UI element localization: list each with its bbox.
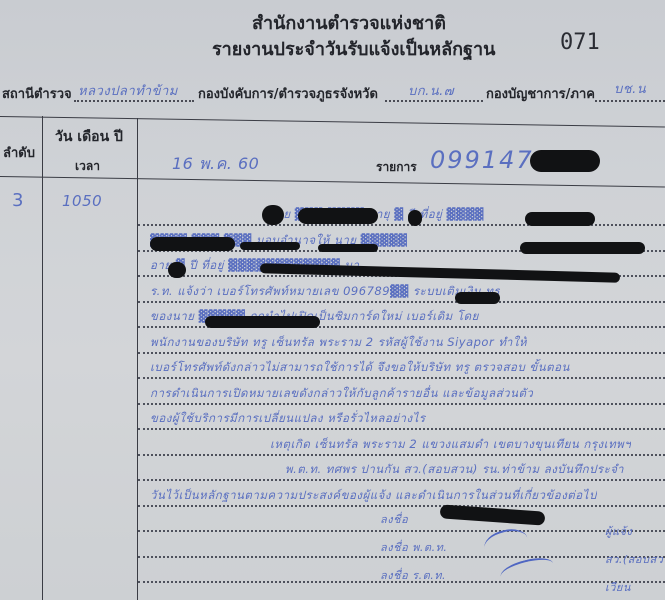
- redaction-mark: [168, 262, 186, 278]
- entry-order[interactable]: 3: [12, 190, 24, 211]
- table-header-border: [0, 176, 665, 187]
- redaction-mark: [205, 316, 320, 328]
- ruled-line: [138, 479, 665, 481]
- entry-date[interactable]: 16 พ.ค. 60: [172, 152, 259, 177]
- document-number: 071: [560, 30, 600, 55]
- item-column-header: รายการ: [376, 158, 417, 177]
- report-title: รายงานประจำวันรับแจ้งเป็นหลักฐาน: [212, 34, 495, 63]
- item-number[interactable]: 099147: [430, 146, 534, 174]
- redaction-mark: [455, 292, 500, 304]
- redaction-mark: [240, 242, 300, 250]
- column-divider-date: [137, 118, 138, 600]
- ruled-line: [138, 403, 665, 405]
- signature-role: เวียน: [605, 578, 631, 596]
- command-label: กองบัญชาการ/ภาค: [486, 83, 595, 104]
- entry-line[interactable]: การดำเนินการเปิดหมายเลขดังกล่าวให้กับลูก…: [150, 385, 533, 403]
- order-column-header: ลำดับ: [3, 142, 35, 163]
- command-dotted-line: [595, 100, 665, 102]
- redaction-mark: [150, 237, 235, 251]
- ruled-line: [138, 377, 665, 379]
- signature-label: ลงชื่อ ร.ต.ท.: [380, 566, 446, 584]
- redaction-mark: [298, 208, 378, 224]
- station-value[interactable]: หลวงปลาทำข้าม: [78, 80, 178, 101]
- signature-role: สว.(สอบสวน): [605, 550, 665, 568]
- redaction-mark: [408, 210, 422, 226]
- entry-line[interactable]: วันไว้เป็นหลักฐานตามความประสงค์ของผู้แจ้…: [150, 487, 597, 505]
- entry-line[interactable]: พนักงานของบริษัท ทรู เซ็นทรัล พระราม 2 ร…: [150, 334, 527, 352]
- redaction-mark: [262, 205, 284, 225]
- agency-title: สำนักงานตำรวจแห่งชาติ: [252, 8, 446, 37]
- division-value[interactable]: บก.น.๗: [408, 80, 454, 101]
- redaction-mark: [318, 244, 378, 252]
- entry-time[interactable]: 1050: [62, 192, 102, 210]
- station-label: สถานีตำรวจ: [2, 83, 72, 104]
- entry-line[interactable]: เหตุเกิด เซ็นทรัล พระราม 2 แขวงแสมดำ เขต…: [270, 436, 631, 454]
- redaction-mark: [520, 242, 645, 254]
- redaction-mark: [525, 212, 595, 226]
- column-divider-order: [42, 116, 43, 600]
- ruled-line: [138, 428, 665, 430]
- item-number-redaction: [530, 150, 600, 172]
- redaction-mark: [440, 504, 546, 525]
- entry-line[interactable]: พ.ต.ท. ทศพร ปานกัน สว.(สอบสวน) รน.ท่าข้า…: [285, 461, 624, 479]
- entry-line[interactable]: ร.ท. แจ้งว่า เบอร์โทรศัพท์หมายเลข 096789…: [150, 283, 500, 301]
- signature-role: ผู้แจ้ง: [605, 522, 632, 540]
- ruled-line: [138, 454, 665, 456]
- ruled-line: [138, 352, 665, 354]
- ruled-line: [138, 301, 665, 303]
- ruled-line: [138, 530, 665, 532]
- time-column-header: เวลา: [75, 157, 100, 176]
- signature-label: ลงชื่อ: [380, 510, 408, 528]
- signature-label: ลงชื่อ พ.ต.ท.: [380, 538, 447, 556]
- division-label: กองบังคับการ/ตำรวจภูธรจังหวัด: [198, 83, 378, 104]
- ruled-line: [138, 505, 665, 507]
- command-value[interactable]: บช.น: [614, 78, 646, 99]
- date-column-header: วัน เดือน ปี: [55, 126, 123, 148]
- entry-line[interactable]: ของผู้ใช้บริการมีการเปลี่ยนแปลง หรือรั่ว…: [150, 410, 426, 428]
- entry-line[interactable]: เบอร์โทรศัพท์ดังกล่าวไม่สามารถใช้การได้ …: [150, 359, 570, 377]
- redaction-mark: [260, 263, 620, 282]
